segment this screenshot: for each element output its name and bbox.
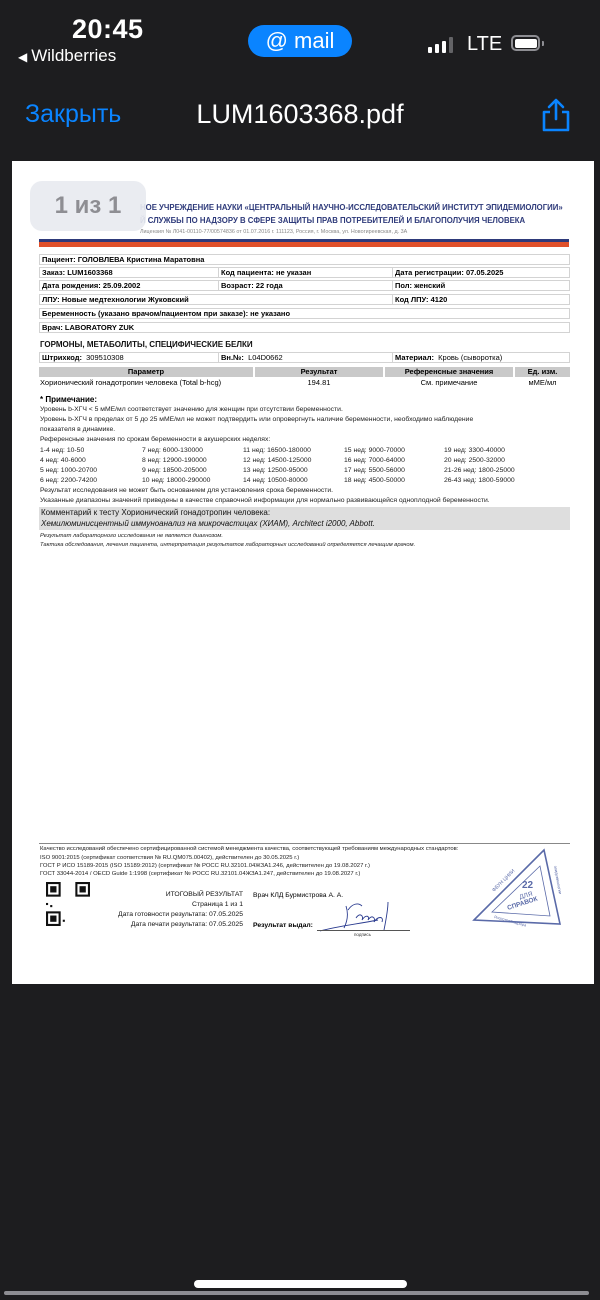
signature-caption: подпись xyxy=(354,932,371,937)
week-range: 1-4 нед: 10-50 xyxy=(40,447,84,454)
week-range: 16 нед: 7000-64000 xyxy=(344,457,405,464)
unit: мМЕ/мл xyxy=(515,378,570,388)
back-triangle-icon: ◀ xyxy=(18,50,27,64)
comment-text: Хемилюминисцентный иммуноанализ на микро… xyxy=(41,519,375,528)
cert-line: Качество исследований обеспечено сертифи… xyxy=(40,846,458,852)
network-type: LTE xyxy=(467,33,502,56)
inner-number: L04D0662 xyxy=(248,353,283,362)
license-info: Лицензия № Л041-00110-77/00574836 от 01.… xyxy=(140,229,407,235)
order-row: Заказ: LUM1603368 Код пациента: не указа… xyxy=(39,267,570,278)
header-color-bar xyxy=(39,239,569,247)
patient-name-row: Пациент: ГОЛОВЛЕВА Кристина Маратовна xyxy=(39,254,570,265)
institute-name-line1: НОЕ УЧРЕЖДЕНИЕ НАУКИ «ЦЕНТРАЛЬНЫЙ НАУЧНО… xyxy=(140,203,563,212)
registration-date: Дата регистрации: 07.05.2025 xyxy=(392,268,503,277)
signature-icon xyxy=(318,898,413,933)
lpu: ЛПУ: Новые медтехнологии Жуковский xyxy=(40,295,189,304)
sample-info-row: Штрихкод: 309510308 Вн.№: L04D0662 Матер… xyxy=(39,352,570,363)
week-range: 4 нед: 40-6000 xyxy=(40,457,86,464)
page-number: Страница 1 из 1 xyxy=(100,901,243,908)
disclaimer: Результат лабораторного исследования не … xyxy=(40,533,223,539)
material: Кровь (сыворотка) xyxy=(438,353,502,362)
cert-line: ISO 9001:2015 (сертификат соответствия №… xyxy=(40,855,299,861)
horizontal-scrollbar[interactable] xyxy=(4,1291,589,1295)
week-range: 15 нед: 9000-70000 xyxy=(344,447,405,454)
share-icon[interactable] xyxy=(540,98,572,132)
week-range: 17 нед: 5500-56000 xyxy=(344,467,405,474)
stamp-icon: 22 ДЛЯ СПРАВОК ФБУН ЦНИИ эпидемиологии Р… xyxy=(470,846,570,928)
table-row: Хорионический гонадотропин человека (Tot… xyxy=(39,378,570,388)
cellular-signal-icon xyxy=(428,37,454,53)
week-range: 20 нед: 2500-32000 xyxy=(444,457,505,464)
note-line: Уровень b-ХГЧ в пределах от 5 до 25 мМЕ/… xyxy=(40,416,473,423)
week-range: 14 нед: 10500-80000 xyxy=(243,477,308,484)
signature-line xyxy=(317,930,410,931)
svg-text:эпидемиологии: эпидемиологии xyxy=(553,865,563,894)
final-result-label: ИТОГОВЫЙ РЕЗУЛЬТАТ xyxy=(100,891,243,898)
cert-line: ГОСТ 33044-2014 / OECD Guide 1:1998 (сер… xyxy=(40,871,360,877)
back-app-label: Wildberries xyxy=(31,46,116,65)
week-range: 10 нед: 18000-290000 xyxy=(142,477,210,484)
cert-line: ГОСТ Р ИСО 15189-2015 (ISO 15189:2012) (… xyxy=(40,863,370,869)
footer-divider xyxy=(39,843,570,844)
note-line: Уровень b-ХГЧ < 5 мМЕ/мл соответствует з… xyxy=(40,406,343,413)
document-title: LUM1603368.pdf xyxy=(0,99,600,130)
home-indicator[interactable] xyxy=(194,1280,407,1288)
week-range: 26-43 нед: 1800-59000 xyxy=(444,477,515,484)
battery-nub xyxy=(542,41,544,46)
institute-name-line2: Й СЛУЖБЫ ПО НАДЗОРУ В СФЕРЕ ЗАЩИТЫ ПРАВ … xyxy=(140,216,525,225)
week-range: 12 нед: 14500-125000 xyxy=(243,457,311,464)
print-date: Дата печати результата: 07.05.2025 xyxy=(100,921,243,928)
patient-code: Код пациента: не указан xyxy=(218,268,311,277)
sex: Пол: женский xyxy=(392,281,445,290)
order-number: Заказ: LUM1603368 xyxy=(40,268,113,277)
week-range: 11 нед: 16500-180000 xyxy=(243,447,311,454)
ready-date: Дата готовности результата: 07.05.2025 xyxy=(100,911,243,918)
note-line: Указанные диапазоны значений приведены в… xyxy=(40,497,490,504)
week-range: 8 нед: 12900-190000 xyxy=(142,457,207,464)
week-range: 9 нед: 18500-205000 xyxy=(142,467,207,474)
disclaimer: Тактика обследования, лечения пациента, … xyxy=(40,542,415,548)
mail-app-pill[interactable]: @ mail xyxy=(248,25,352,57)
week-range: 19 нед: 3300-40000 xyxy=(444,447,505,454)
lpu-row: ЛПУ: Новые медтехнологии Жуковский Код Л… xyxy=(39,294,570,305)
birth-date: Дата рождения: 25.09.2002 xyxy=(40,281,140,290)
week-range: 21-26 нед: 1800-25000 xyxy=(444,467,515,474)
back-to-app-link[interactable]: ◀Wildberries xyxy=(18,46,116,66)
note-title: * Примечание: xyxy=(40,395,97,404)
barcode: 309510308 xyxy=(86,353,124,362)
birth-row: Дата рождения: 25.09.2002 Возраст: 22 го… xyxy=(39,280,570,291)
week-range: 13 нед: 12500-95000 xyxy=(243,467,308,474)
note-line: Результат исследования не может быть осн… xyxy=(40,487,333,494)
week-range: 6 нед: 2200-74200 xyxy=(40,477,97,484)
week-range: 7 нед: 6000-130000 xyxy=(142,447,203,454)
parameter-name: Хорионический гонадотропин человека (Tot… xyxy=(40,378,221,388)
pregnancy-row: Беременность (указано врачом/пациентом п… xyxy=(39,308,570,319)
results-table-header: Параметр Результат Референсные значения … xyxy=(39,367,570,377)
page-counter: 1 из 1 xyxy=(30,181,146,231)
week-range: 18 нед: 4500-50000 xyxy=(344,477,405,484)
svg-text:22: 22 xyxy=(522,880,534,891)
note-line: показателя в динамике. xyxy=(40,426,115,433)
battery-icon xyxy=(511,35,540,51)
doctor-row: Врач: LABORATORY ZUK xyxy=(39,322,570,333)
age: Возраст: 22 года xyxy=(218,281,283,290)
note-line: Референсные значения по срокам беременно… xyxy=(40,436,270,443)
lpu-code: Код ЛПУ: 4120 xyxy=(392,295,447,304)
status-time: 20:45 xyxy=(72,14,144,45)
result-value: 194.81 xyxy=(255,378,383,388)
comment-title: Комментарий к тесту Хорионический гонадо… xyxy=(41,508,270,517)
week-range: 5 нед: 1000-20700 xyxy=(40,467,97,474)
section-title: ГОРМОНЫ, МЕТАБОЛИТЫ, СПЕЦИФИЧЕСКИЕ БЕЛКИ xyxy=(40,340,253,349)
issued-by-label: Результат выдал: xyxy=(253,922,313,929)
reference-value: См. примечание xyxy=(385,378,513,388)
qr-code-icon xyxy=(46,882,90,926)
